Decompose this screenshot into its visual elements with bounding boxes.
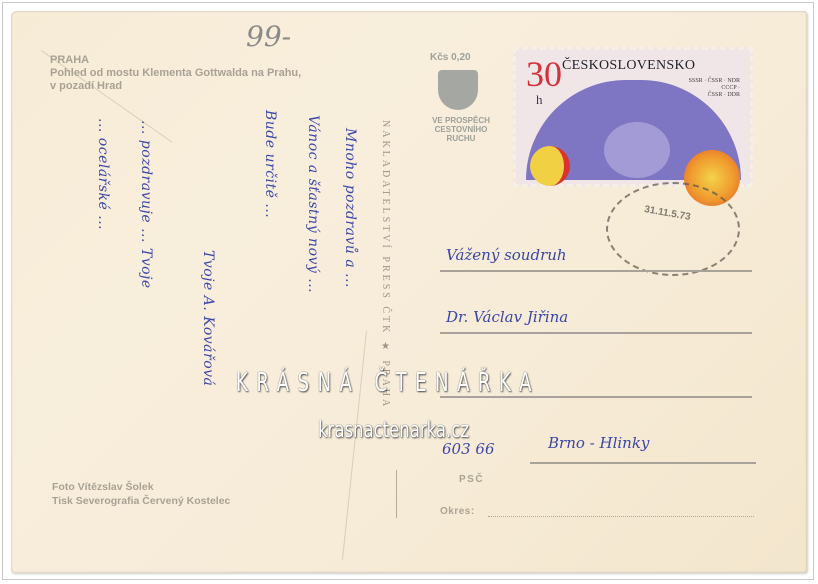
message-line: ... pozdravuje ... Tvoje xyxy=(138,120,154,289)
watermark-url: krasnactenarka.cz xyxy=(318,418,469,443)
message-line: Vánoc a šťastný nový ... xyxy=(305,115,321,293)
message-line: ... ocelářské ... xyxy=(95,118,111,230)
photo-credit: Foto Vítězslav Šolek xyxy=(52,480,230,494)
address-city: Brno - Hlinky xyxy=(548,434,649,452)
stamp-subtitle-line: SSSR · ČSSR · NDR xyxy=(689,78,740,85)
message-signature: Tvoje A. Kovářová xyxy=(200,250,216,386)
face-illustration xyxy=(604,122,670,178)
stamp-country: ČESKOSLOVENSKO xyxy=(562,58,695,74)
caption-city: PRAHA xyxy=(50,54,301,67)
stamp-unit: h xyxy=(536,92,543,108)
castle-shield-icon xyxy=(438,70,478,110)
tourism-value: Kčs 0,20 xyxy=(430,52,471,63)
tourism-text: VE PROSPĚCH CESTOVNÍHO RUCHU xyxy=(426,116,496,143)
address-rule xyxy=(440,332,752,334)
postmark: 31.11.5.73 xyxy=(606,182,740,276)
pencil-mark: 99- xyxy=(246,20,291,53)
okres-rule xyxy=(488,516,754,517)
okres-label: Okres: xyxy=(440,506,475,517)
address-line2: Dr. Václav Jiřina xyxy=(446,308,568,326)
divider-line xyxy=(396,470,397,518)
postmark-date: 31.11.5.73 xyxy=(643,204,691,223)
caption-line2: v pozadí Hrad xyxy=(50,80,301,93)
address-line1: Vážený soudruh xyxy=(446,246,567,264)
message-line: Bude určitě ... xyxy=(262,110,278,218)
tourism-mark: Kčs 0,20 VE PROSPĚCH CESTOVNÍHO RUCHU xyxy=(420,52,502,157)
publisher-imprint: NAKLADATELSTVÍ PRESS ČTK ★ PRAHA xyxy=(380,120,402,520)
message-line: Mnoho pozdravů a ... xyxy=(342,128,358,288)
postage-stamp: 30 h ČESKOSLOVENSKO SSSR · ČSSR · NDR CC… xyxy=(513,47,753,187)
address-rule xyxy=(440,270,752,272)
moon-illustration xyxy=(530,146,570,186)
stamp-subtitle: SSSR · ČSSR · NDR CCCP · ČSSR · DDR xyxy=(689,78,740,99)
publisher-text: NAKLADATELSTVÍ PRESS ČTK ★ PRAHA xyxy=(380,120,391,409)
stamp-subtitle-line: CCCP · xyxy=(689,85,740,92)
crease-mark xyxy=(342,331,367,560)
caption: PRAHA Pohled od mostu Klementa Gottwalda… xyxy=(50,54,301,93)
psc-label: PSČ xyxy=(459,474,484,485)
address-rule xyxy=(530,462,756,464)
watermark-title: KRÁSNÁ ČTENÁŘKA xyxy=(236,368,540,398)
stamp-denomination: 30 xyxy=(526,56,562,92)
stamp-subtitle-line: ČSSR · DDR xyxy=(689,92,740,99)
print-credit: Tisk Severografia Červený Kostelec xyxy=(52,494,230,508)
caption-line1: Pohled od mostu Klementa Gottwalda na Pr… xyxy=(50,67,301,80)
credits: Foto Vítězslav Šolek Tisk Severografia Č… xyxy=(52,480,230,508)
